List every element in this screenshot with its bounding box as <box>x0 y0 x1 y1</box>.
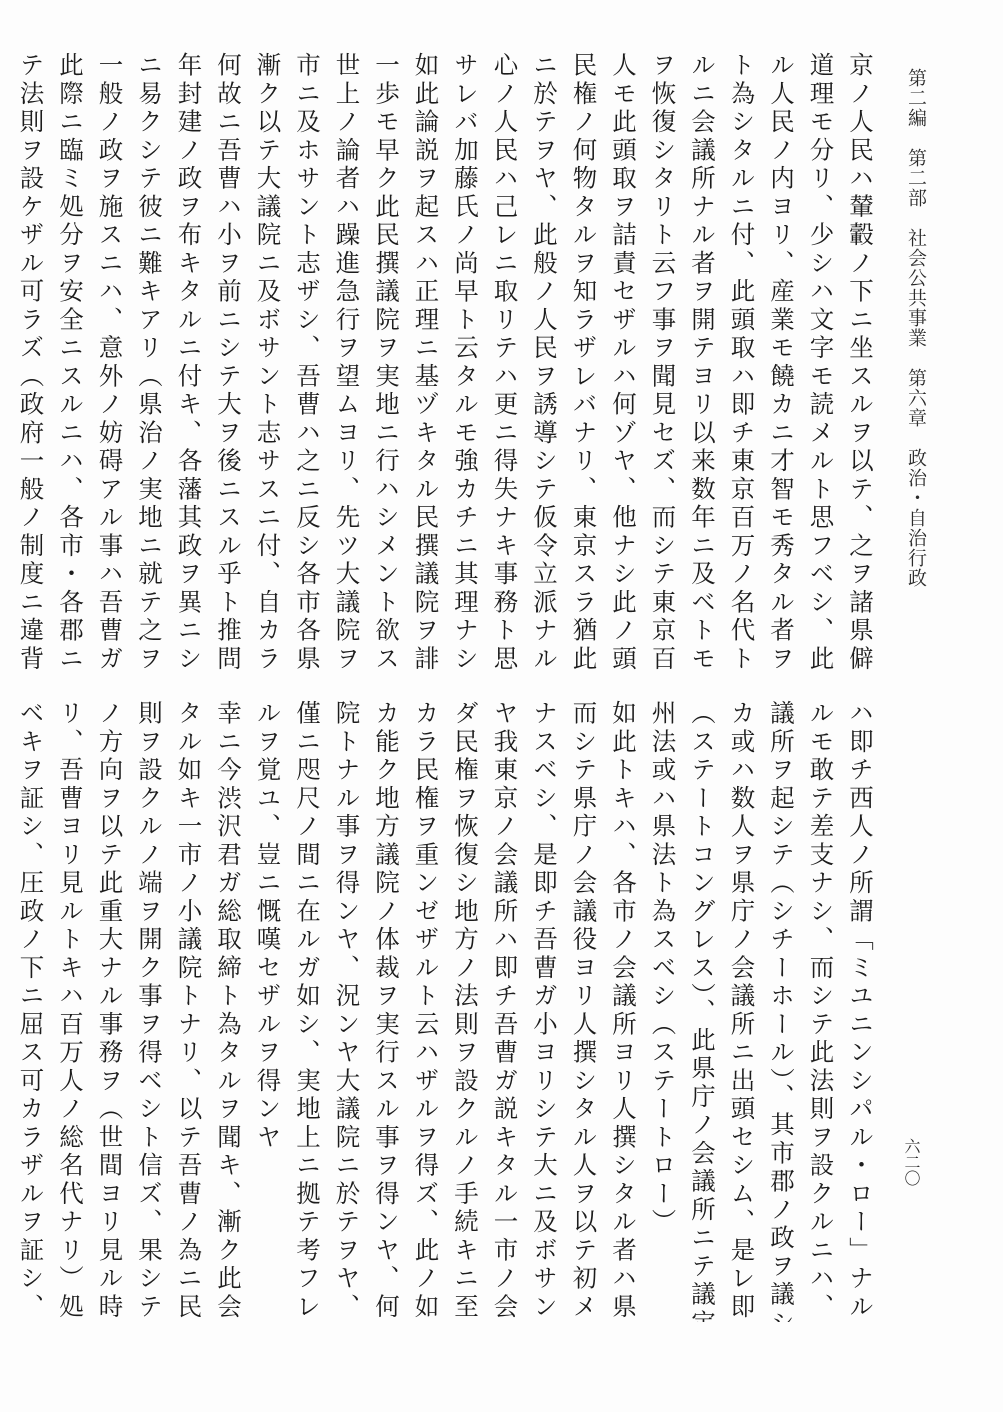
text-line: 何故ニ吾曹ハ小ヲ前ニシテ大ヲ後ニスル乎ト推問スルニ、我邦ハ数百 <box>209 52 249 674</box>
text-line: 幸ニ今渋沢君ガ総取締ト為タルヲ聞キ、漸ク此会議所モ吾曹ガ祈望シ <box>209 700 249 1322</box>
document-page: 第二編 第二部 社会公共事業 第六章 政治・自治行政 六二〇 京ノ人民ハ輦轂ノ下… <box>0 0 1003 1412</box>
text-line: 如此論説ヲ起スハ正理ニ基ヅキタル民撰議院ヲ誹議スル為ニハ非ス、 <box>406 52 446 674</box>
text-line: 世上ノ論者ハ躁進急行ヲ望ムヨリ、先ツ大議院ヲ先ニ設ケ以テ各県各 <box>327 52 367 674</box>
text-line: 年封建ノ政ヲ布キタルニ付キ、各藩其政ヲ異ニシ其習ヲ同フセズ、此 <box>169 52 209 674</box>
text-line: テ法則ヲ設ケザル可ラズ（政府一般ノ制度ニ違背セザル丈ハ）此法則 <box>11 52 51 674</box>
part-label: 第二編 <box>905 68 927 128</box>
text-line: ニ易クシテ彼ニ難キアリ（県治ノ実地ニ就テ之ヲ知ルベシ）故ニ海内 <box>130 52 170 674</box>
text-line: ルヲ覚ユ、豈ニ慨嘆セザルヲ得ンヤ <box>248 700 288 1322</box>
text-line: 議所ヲ起シテ（シチーホール）、其市郡ノ政ヲ議シ、其頭取中ヨリ一人 <box>762 700 802 1322</box>
text-line: 則ヲ設クルノ端ヲ開ク事ヲ得ベシト信ズ、果シテ吾曹ガ望ミタル通リ <box>130 700 170 1322</box>
text-line: 僅ニ咫尺ノ間ニ在ルガ如シ、実地上ニ拠テ考フレバ遼遠万里ノ外ニ在 <box>288 700 328 1322</box>
text-line: カ或ハ数人ヲ県庁ノ会議所ニ出頭セシム、是レ即チ一県ノ会議所ナリ <box>722 700 762 1322</box>
text-line: ベキヲ証シ、圧政ノ下ニ屈ス可カラザルヲ証シ、人民ノ設ケタル地方 <box>11 700 51 1322</box>
text-line: 而シテ県庁ノ会議役ヨリ人撰シタル人ヲ以テ初メテ民撰議院ノ議員ト <box>564 700 604 1322</box>
running-head: 第二編 第二部 社会公共事業 第六章 政治・自治行政 <box>903 68 929 668</box>
text-line: 如此トキハ、各市ノ会議所ヨリ人撰シタル者ハ県庁ノ会議役トナリ、 <box>604 700 644 1322</box>
section-title: 社会公共事業 <box>905 228 927 348</box>
text-line: カラ民権ヲ重ンゼザルト云ハザルヲ得ズ、此ノ如キ有様ニテハ何ノ日 <box>406 700 446 1322</box>
text-line: 道理モ分リ、少シハ文字モ読メルト思フベシ、此日本中ニテ開化シタ <box>801 52 841 674</box>
text-line: タル如キ一市ノ小議院トナリ、以テ吾曹ノ為ニ民権ヲ恢復シ、地方法 <box>169 700 209 1322</box>
text-line: 市ニ及ホサント志ザシ、吾曹ハ之ニ反シ各市各県ノ小議院ヲ先ニシ、 <box>288 52 328 674</box>
text-line: サレバ加藤氏ノ尚早ト云タルモ強カチニ其理ナシト云フ可カラズ <box>446 52 486 674</box>
text-line: 一歩モ早ク此民撰議院ヲ実地ニ行ハシメント欲スルノ赤心ニ出ルナリ <box>367 52 407 674</box>
text-line: 京ノ人民ハ輦轂ノ下ニ坐スルヲ以テ、之ヲ諸県僻地ノ人民ニ比スレバ <box>841 52 881 674</box>
chapter-label: 第六章 <box>905 368 927 428</box>
text-line: リ、吾曹ヨリ見ルトキハ百万人ノ総名代ナリ）処分シ、民権ノ保護ス <box>51 700 91 1322</box>
text-line: 心ノ人民ハ己レニ取リテハ更ニ得失ナキ事務ト思フベキハ必然ナリ、 <box>485 52 525 674</box>
text-line: ルモ敢テ差支ナシ、而シテ此法則ヲ設クルニハ、先ヅ各市・各郡ニ会 <box>801 700 841 1322</box>
text-line: ト為シタルニ付、此頭取ハ即チ東京百万ノ名代ト云ハルザヲ得ズ、然 <box>722 52 762 674</box>
text-line: ダ民権ヲ恢復シ地方ノ法則ヲ設クルノ手続キニ至ラザルハ、抑ゝ亦自 <box>446 700 486 1322</box>
text-line: 人モ此頭取ヲ詰責セザルハ何ゾヤ、他ナシ此ノ頭取モ人民モ互ニ未タ <box>604 52 644 674</box>
text-line: 此際ニ臨ミ処分ヲ安全ニスルニハ、各市・各郡ニテ地方ノ慣習ニ依リ <box>51 52 91 674</box>
text-line: ルニ会議所ナル者ヲ開テヨリ以来数年ニ及ベトモ、未ダ一事業モ民権 <box>683 52 723 674</box>
text-line: ノ方向ヲ以テ此重大ナル事務ヲ（世間ヨリ見ル時ハ会議所ノ惣取締ナ <box>90 700 130 1322</box>
text-line: 一般ノ政ヲ施スニハ、意外ノ妨碍アル事ハ吾曹ガ現ニ目撃スル所ナリ <box>90 52 130 674</box>
text-line: 州法或ハ県法ト為スベシ（ステートロー） <box>643 700 683 1322</box>
text-line: （ステートコングレス）、此県庁ノ会議所ニテ議定シタル法則ハ、即チ <box>683 700 723 1322</box>
text-line: ル人民ノ内ヨリ、産業モ饒カニ才智モ秀タル者ヲ選ヒテ会議所ノ頭取 <box>762 52 802 674</box>
text-line: 漸ク以テ大議院ニ及ボサント志サスニ付、自カラ逕庭ヲ生ゼリ <box>248 52 288 674</box>
text-line: ナスベシ、是即チ吾曹ガ小ヨリシテ大ニ及ボサン事ヲ望ム所ナリ、今 <box>525 700 565 1322</box>
text-line: 民権ノ何物タルヲ知ラザレバナリ、東京スラ猶此ノ如シ、況ンヤ諸県 <box>564 52 604 674</box>
page-number: 六二〇 <box>899 1138 923 1198</box>
text-line: ニ於テヲヤ、此般ノ人民ヲ誘導シテ仮令立派ナル議院ヲ起ストモ、肝 <box>525 52 565 674</box>
chapter-title: 政治・自治行政 <box>905 448 927 588</box>
text-line: 院トナル事ヲ得ンヤ、況ンヤ大議院ニ於テヲヤ、議論上ニ就テ見レバ <box>327 700 367 1322</box>
text-block-top: 京ノ人民ハ輦轂ノ下ニ坐スルヲ以テ、之ヲ諸県僻地ノ人民ニ比スレバ 道理モ分リ、少シ… <box>11 52 880 674</box>
text-block-bottom: ハ即チ西人ノ所謂「ミユニンシパル・ロー」ナル者ニテ、各地異同ア ルモ敢テ差支ナシ… <box>11 700 880 1322</box>
text-line: ハ即チ西人ノ所謂「ミユニンシパル・ロー」ナル者ニテ、各地異同ア <box>841 700 881 1322</box>
text-line: ヤ我東京ノ会議所ハ即チ吾曹ガ説キタル一市ノ会議所ナリ、而シテ未 <box>485 700 525 1322</box>
section-label: 第二部 <box>905 148 927 208</box>
text-line: ヲ恢復シタリト云フ事ヲ聞見セズ、而シテ東京百万ノ人民中、未ダ一 <box>643 52 683 674</box>
text-line: カ能ク地方議院ノ体裁ヲ実行スル事ヲ得ンヤ、何ノ日カ能ク一府ノ議 <box>367 700 407 1322</box>
